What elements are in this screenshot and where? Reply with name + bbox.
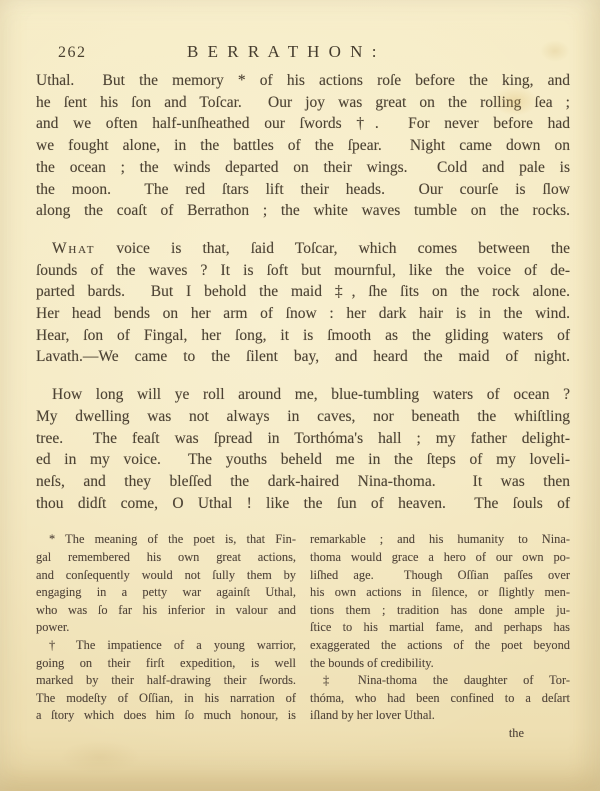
body-line: How long will ye roll around me, blue-tu… bbox=[36, 384, 570, 406]
body-line: My dwelling was not always in caves, nor… bbox=[36, 406, 570, 428]
footnote-line: † The impatience of a young warrior, bbox=[36, 637, 296, 655]
body-line: ſounds of the waves ? It is ſoft but mou… bbox=[36, 260, 570, 282]
page-number: 262 bbox=[58, 44, 87, 62]
footnote-line: thoma would grace a hero of our own po- bbox=[310, 549, 570, 567]
footnote-line: and conſequently would not ſully them by bbox=[36, 567, 296, 585]
footnote-column-left: * The meaning of the poet is, that Fin- … bbox=[36, 531, 296, 742]
footnote-line: remarkable ; and his humanity to Nina- bbox=[310, 531, 570, 549]
paragraph-3: How long will ye roll around me, blue-tu… bbox=[36, 384, 570, 514]
body-line: and we often half-unſheathed our ſwords … bbox=[36, 113, 570, 135]
body-line: neſs, and they bleſſed the dark-haired N… bbox=[36, 471, 570, 493]
body-line: along the coaſt of Berrathon ; the white… bbox=[36, 200, 570, 222]
footnote-line: iſland by her lover Uthal. bbox=[310, 707, 570, 725]
footnote-column-right: remarkable ; and his humanity to Nina- t… bbox=[310, 531, 570, 742]
small-caps-lead: What bbox=[52, 240, 95, 257]
body-line: Uthal. But the memory * of his actions r… bbox=[36, 70, 570, 92]
body-text: Uthal. But the memory * of his actions r… bbox=[36, 70, 570, 514]
footnote-line: liſhed age. Though Oſſian paſſes over bbox=[310, 567, 570, 585]
body-line: thou didſt come, O Uthal ! like the ſun … bbox=[36, 493, 570, 515]
footnote-line: * The meaning of the poet is, that Fin- bbox=[36, 531, 296, 549]
paragraph-2: What voice is that, ſaid Toſcar, which c… bbox=[36, 238, 570, 368]
paragraph-1: Uthal. But the memory * of his actions r… bbox=[36, 70, 570, 222]
body-line: the ocean ; the winds departed on their … bbox=[36, 157, 570, 179]
footnote-line: tions them ; tradition has done ample ju… bbox=[310, 602, 570, 620]
footnote-line: the bounds of credibility. bbox=[310, 655, 570, 673]
footnote-line: his own actions in ſilence, or ſlightly … bbox=[310, 584, 570, 602]
body-line: ed in my voice. The youths beheld me in … bbox=[36, 449, 570, 471]
page-header: 262 B E R R A T H O N : bbox=[36, 42, 570, 64]
body-line: What voice is that, ſaid Toſcar, which c… bbox=[36, 238, 570, 260]
footnote-line: The modeſty of Oſſian, in his narration … bbox=[36, 690, 296, 708]
body-line: we fought alone, in the battles of the ſ… bbox=[36, 135, 570, 157]
footnote-line: marked by their half-drawing their ſword… bbox=[36, 672, 296, 690]
footnote-line: ſtice to his martial fame, and perhaps h… bbox=[310, 619, 570, 637]
footnote-line: ‡ Nina-thoma the daughter of Tor- bbox=[310, 672, 570, 690]
body-line: Lavath.—We came to the ſilent bay, and h… bbox=[36, 346, 570, 368]
paper-stain bbox=[60, 740, 140, 774]
body-line: parted bards. But I behold the maid ‡, ſ… bbox=[36, 281, 570, 303]
book-page: 262 B E R R A T H O N : Uthal. But the m… bbox=[0, 0, 600, 791]
catchword: the bbox=[310, 725, 570, 743]
footnote-line: gal remembered his own great actions, bbox=[36, 549, 296, 567]
footnote-line: going on their firſt expedition, is well bbox=[36, 655, 296, 673]
footnote-line: thóma, who had been confined to a deſart bbox=[310, 690, 570, 708]
footnote-line: a ſtory which does him ſo much honour, i… bbox=[36, 707, 296, 725]
body-line: tree. The feaſt was ſpread in Torthóma's… bbox=[36, 428, 570, 450]
body-line: the moon. The red ſtars lift their heads… bbox=[36, 179, 570, 201]
body-line: Her head bends on her arm of ſnow : her … bbox=[36, 303, 570, 325]
footnote-line: engaging in a petty war againſt Uthal, bbox=[36, 584, 296, 602]
running-title: B E R R A T H O N : bbox=[36, 42, 570, 62]
body-line: he ſent his ſon and Toſcar. Our joy was … bbox=[36, 92, 570, 114]
body-line: Hear, ſon of Fingal, her ſong, it is ſmo… bbox=[36, 325, 570, 347]
footnote-line: who was ſo far his inferior in valour an… bbox=[36, 602, 296, 620]
footnote-line: power. bbox=[36, 619, 296, 637]
footnotes: * The meaning of the poet is, that Fin- … bbox=[36, 531, 570, 742]
footnote-line: exaggerated the actions of the poet beyo… bbox=[310, 637, 570, 655]
body-line-rest: voice is that, ſaid Toſcar, which comes … bbox=[95, 240, 570, 257]
